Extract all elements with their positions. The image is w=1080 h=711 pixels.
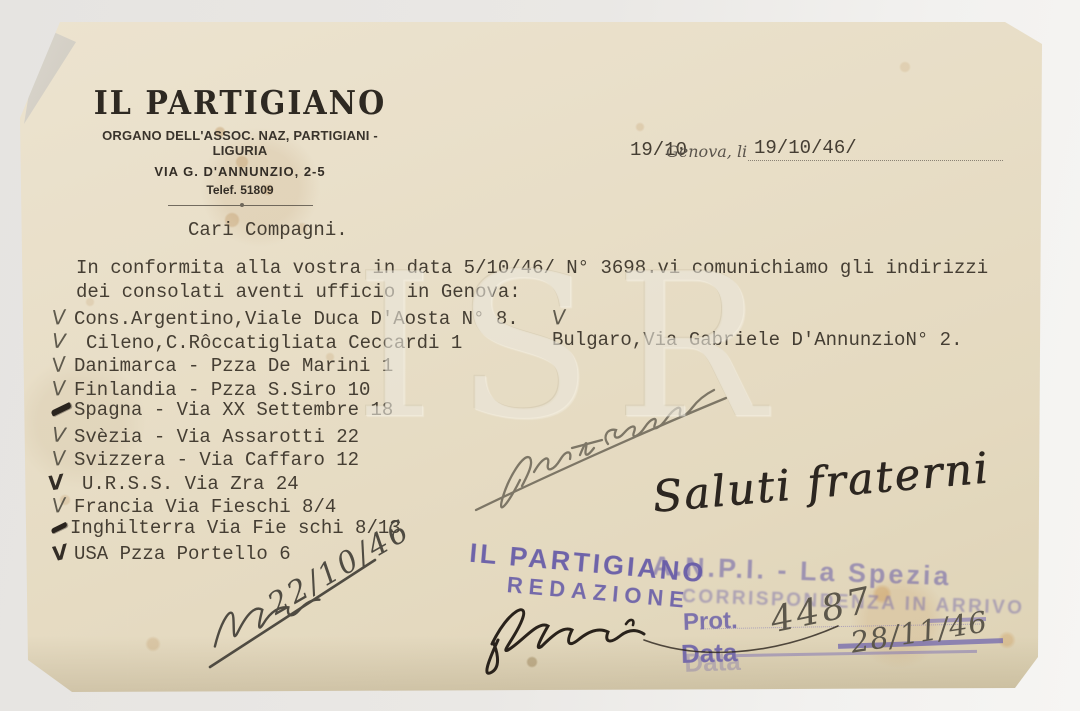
pencil-check-icon: V: [51, 304, 75, 329]
letterhead-title: IL PARTIGIANO: [80, 85, 400, 123]
consulate-row: VSvèzia - Via Assarotti 22: [52, 423, 359, 446]
scanned-letter: IL PARTIGIANO ORGANO DELL'ASSOC. NAZ, PA…: [0, 0, 1080, 711]
letterhead-subtitle: ORGANO DELL'ASSOC. NAZ, PARTIGIANI - LIG…: [80, 128, 400, 158]
pencil-check-icon: V: [50, 351, 75, 378]
salutation: Cari Compagni.: [188, 219, 348, 241]
consulate-row: VU.R.S.S. Via Zra 24: [48, 470, 299, 493]
letterhead-divider: [168, 205, 313, 206]
body-line-2: dei consolati aventi ufficio in Genova:: [76, 281, 521, 303]
consulate-text: Finlandia - Pzza S.Siro 10: [74, 379, 370, 401]
consulate-text: Spagna - Via XX Settembre 18: [74, 399, 393, 421]
ink-stroke-icon: [50, 522, 67, 534]
ink-stroke-icon: [50, 402, 72, 417]
consulate-text: Cons.Argentino,Viale Duca D'Aosta N° 8.: [74, 308, 519, 330]
ink-signature: [478, 592, 858, 687]
printed-place-line: Genova, li: [666, 142, 747, 161]
consulate-row: VSvizzera - Via Caffaro 12: [52, 446, 359, 469]
letterhead: IL PARTIGIANO ORGANO DELL'ASSOC. NAZ, PA…: [80, 86, 400, 206]
ink-check-icon: V: [49, 538, 76, 567]
consulate-row: VDanimarca - Pzza De Marini 1: [52, 352, 393, 375]
consulate-text: Svizzera - Via Caffaro 12: [74, 449, 359, 471]
consulate-text: Francia Via Fieschi 8/4: [74, 496, 336, 518]
consulate-row: VCileno,C.Rôccatigliata Ceccardi 1: [52, 329, 462, 352]
letterhead-phone: Telef. 51809: [80, 183, 400, 197]
pencil-check-icon: V: [51, 422, 74, 447]
consulate-row: VCons.Argentino,Viale Duca D'Aosta N° 8.…: [52, 305, 519, 328]
date-ruled-line: [748, 142, 1003, 161]
consulate-text: Bulgaro,Via Gabriele D'AnnunzioN° 2.: [552, 329, 962, 351]
consulate-row-col2: VBulgaro,Via Gabriele D'AnnunzioN° 2.: [552, 305, 962, 351]
consulate-text: Danimarca - Pzza De Marini 1: [74, 355, 393, 377]
body-line-1: In conformita alla vostra in data 5/10/4…: [76, 257, 988, 279]
letterhead-address: VIA G. D'ANNUNZIO, 2-5: [80, 164, 400, 179]
consulate-row: VFrancia Via Fieschi 8/4: [52, 493, 336, 516]
pencil-check-icon: V: [51, 445, 75, 470]
consulate-row: Inghilterra Via Fie schi 8/13: [52, 517, 401, 540]
pencil-check-icon: V: [551, 304, 575, 329]
consulate-text: U.R.S.S. Via Zra 24: [70, 473, 299, 495]
consulate-row: Spagna - Via XX Settembre 18: [52, 399, 393, 422]
pencil-check-icon: V: [51, 375, 75, 400]
pencil-check-icon: V: [51, 492, 75, 517]
consulate-text: Cileno,C.Rôccatigliata Ceccardi 1: [74, 332, 462, 354]
consulate-text: Inghilterra Via Fie schi 8/13: [70, 517, 401, 539]
consulate-row: VFinlandia - Pzza S.Siro 10: [52, 376, 370, 399]
consulate-text: Svèzia - Via Assarotti 22: [74, 426, 359, 448]
